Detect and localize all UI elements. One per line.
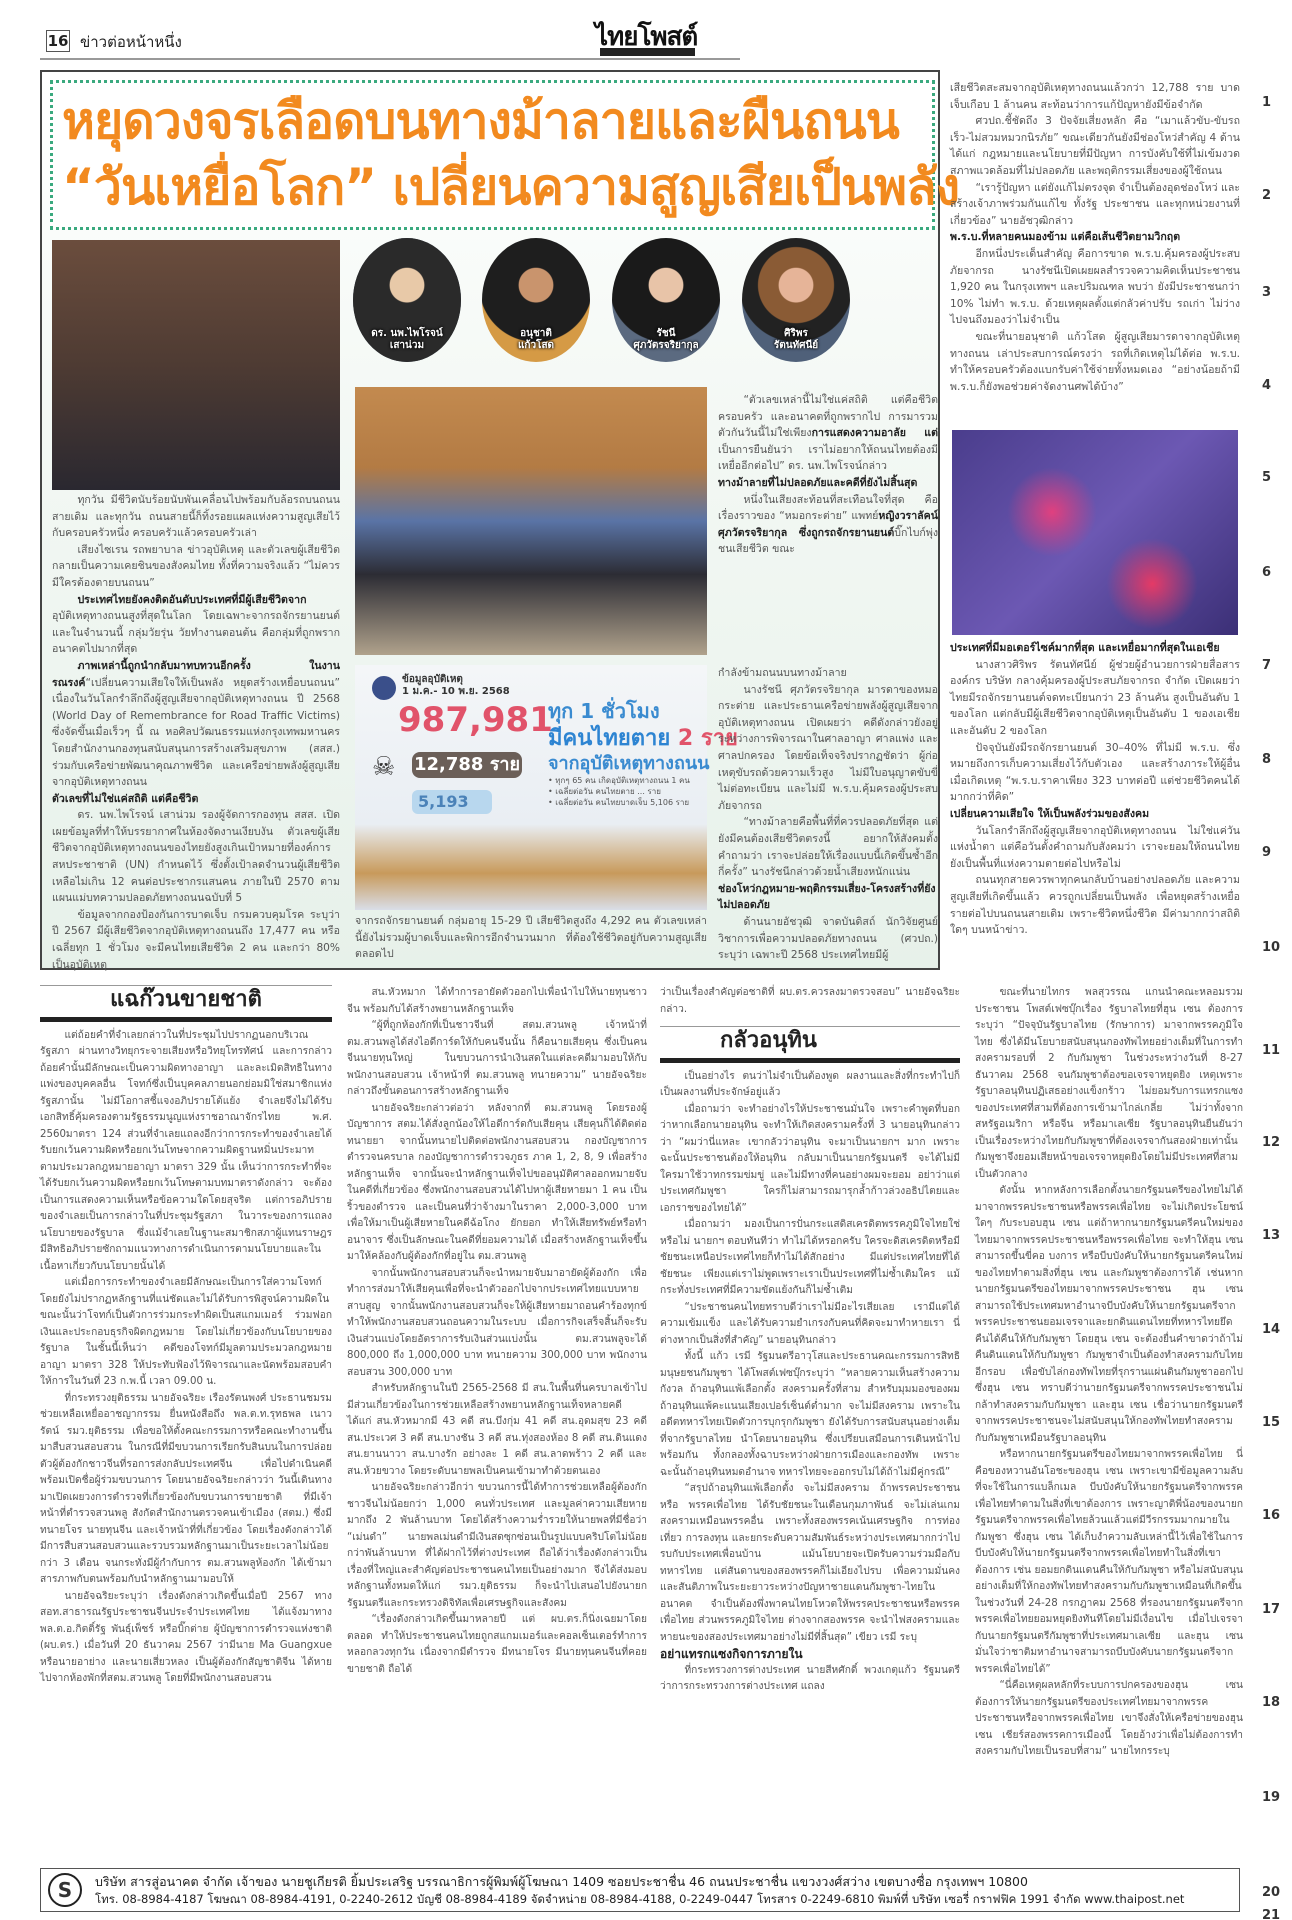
line-number: 20: [1262, 1885, 1280, 1900]
line-number: 18: [1262, 1695, 1280, 1710]
feature-column-b: จากรถจักรยานยนต์ กลุ่มอายุ 15-29 ปี เสีย…: [355, 913, 707, 963]
paragraph: นางสาวศิริพร รัตนทัศนีย์ ผู้ช่วยผู้อำนวย…: [950, 657, 1240, 740]
paragraph: เสียชีวิตสะสมจากอุบัติเหตุทางถนนแล้วกว่า…: [950, 80, 1240, 113]
line-number: 4: [1262, 378, 1271, 393]
paragraph: นายอัจฉริยะระบุว่า เรื่องดังกล่าวเกิดขึ้…: [40, 1589, 332, 1688]
line-number: 16: [1262, 1508, 1280, 1523]
paragraph: “ทางม้าลายคือพื้นที่ที่ควรปลอดภัยที่สุด …: [718, 814, 938, 880]
subheading: ช่องโหว่กฎหมาย-พฤติกรรมเสี่ยง-โครงสร้างท…: [718, 881, 938, 914]
line-number: 17: [1262, 1602, 1280, 1617]
paragraph: กำลังข้ามถนนบนทางม้าลาย: [718, 665, 938, 682]
line-number: 11: [1262, 1043, 1280, 1058]
feature-column-a: ทุกวัน มีชีวิตนับร้อยนับพันเคลื่อนไปพร้อ…: [52, 492, 340, 973]
paragraph: ข้อมูลจากกองป้องกันการบาดเจ็บ กรมควบคุมโ…: [52, 907, 340, 973]
paragraph: “เรารู้ปัญหา แต่ยังแก้ไม่ตรงจุด จำเป็นต้…: [950, 180, 1240, 230]
line-number: 12: [1262, 1135, 1280, 1150]
infographic-deaths: 12,788 ราย: [412, 752, 522, 778]
paragraph: ขณะที่นายอนุชาติ แก้วโสด ผู้สูญเสียมารดา…: [950, 329, 1240, 395]
line-number: 5: [1262, 470, 1271, 485]
infographic-source: ข้อมูลอุบัติเหตุ 1 ม.ค.- 10 พ.ย. 2568: [402, 674, 510, 698]
infographic-headline-3: จากอุบัติเหตุทางถนน: [548, 748, 709, 777]
paragraph: อีกหนึ่งประเด็นสำคัญ คือการขาด พ.ร.บ.คุ้…: [950, 246, 1240, 329]
feature-column-c: “ตัวเลขเหล่านี้ไม่ใช่แค่สถิติ แต่คือชีวิ…: [718, 392, 938, 558]
paragraph: ดร. นพ.ไพโรจน์ เสาน่วม รองผู้จัดการกองทุ…: [52, 807, 340, 907]
paragraph: เมื่อถามว่า จะทำอย่างไรให้ประชาชนมั่นใจ …: [660, 1102, 960, 1218]
line-number: 9: [1262, 845, 1271, 860]
article-col-4: ขณะที่นายไทกร พลสุวรรณ แกนนำคณะหลอมรวมปร…: [975, 985, 1243, 1761]
line-number: 15: [1262, 1415, 1280, 1430]
paragraph: นางรัชนี ศุภวัตรจริยากุล มารดาของหมอกระต…: [718, 682, 938, 815]
paragraph: “เรื่องดังกล่าวเกิดขึ้นมาหลายปี แต่ ผบ.ต…: [347, 1612, 647, 1678]
paragraph: ภาพเหล่านี้ถูกนำกลับมาทบทวนอีกครั้ง ในงา…: [52, 658, 340, 791]
rule: [40, 1017, 332, 1022]
paragraph: ที่กระทรวงยุติธรรม นายอัจฉริยะ เรืองรัตน…: [40, 1391, 332, 1589]
portrait-3: รัชนีศุภวัตรจริยากุล: [612, 238, 720, 362]
paragraph: แต่ถ้อยคำที่จำเลยกล่าวในที่ประชุมไปปรากฏ…: [40, 1028, 332, 1276]
portrait-1: ดร. นพ.ไพโรจน์เสาน่วม: [353, 238, 461, 362]
paragraph: เมื่อถามว่า มองเป็นการปั่นกระแสดิสเครดิต…: [660, 1217, 960, 1300]
section-name: ข่าวต่อหน้าหนึ่ง: [80, 30, 182, 54]
paragraph: แต่เมื่อการกระทำของจำเลยมีลักษณะเป็นการใ…: [40, 1275, 332, 1391]
line-number: 21: [1262, 1908, 1280, 1920]
photo-group-wheelchairs: [355, 387, 707, 655]
subheading: ประเทศที่มีมอเตอร์ไซค์มากที่สุด และเหยื่…: [950, 640, 1240, 657]
infographic-bullets: • ทุกๆ 65 คน เกิดอุบัติเหตุทางถนน 1 คน •…: [548, 775, 690, 808]
paragraph: “ตัวเลขเหล่านี้ไม่ใช่แค่สถิติ แต่คือชีวิ…: [718, 392, 938, 475]
paragraph: ด้านนายอัชวุฒิ จาดบันดิสถ์ นักวิจัยศูนย์…: [718, 914, 938, 964]
paragraph: ศวปถ.ชี้ชัดถึง 3 ปัจจัยเสี่ยงหลัก คือ “เ…: [950, 113, 1240, 179]
line-number: 13: [1262, 1228, 1280, 1243]
paragraph: ดังนั้น หากหลังการเลือกตั้งนายกรัฐมนตรีข…: [975, 1183, 1243, 1447]
article-heading-2: กลัวอนุทิน: [660, 1033, 960, 1050]
headline-line-1: หยุดวงจรเลือดบนทางม้าลายและผืนถนน: [62, 88, 932, 154]
portrait-4: ศิริพรรัตนทัศนีย์: [742, 238, 850, 362]
line-number: 10: [1262, 940, 1280, 955]
article-heading-1: แฉก๊วนขายชาติ: [40, 992, 332, 1009]
line-number: 19: [1262, 1790, 1280, 1805]
paragraph: “ผู้ที่ถูกห้องกักที่เป็นชาวจีนที่ สตม.สว…: [347, 1018, 647, 1101]
feature-column-d2: ประเทศที่มีมอเตอร์ไซค์มากที่สุด และเหยื่…: [950, 640, 1240, 939]
paragraph: “ประชาชนคนไทยทราบดีว่าเราไม่มีอะไรเสียเล…: [660, 1300, 960, 1350]
paragraph: เสียงไซเรน รถพยาบาล ข่าวอุบัติเหตุ และตั…: [52, 542, 340, 592]
subheading: พ.ร.บ.ที่หลายคนมองข้าม แต่คือเส้นชีวิตยา…: [950, 229, 1240, 246]
paragraph: สำหรับหลักฐานในปี 2565-2568 มี สน.ในพื้น…: [347, 1381, 647, 1480]
footer-line-1: บริษัท สารสู่อนาคต จำกัด เจ้าของ นายชูเก…: [95, 1872, 1028, 1892]
paragraph: “นี่คือเหตุผลหลักที่ระบบการปกครองของฮุน …: [975, 1678, 1243, 1761]
headline-line-2: “วันเหยื่อโลก” เปลี่ยนความสูญเสียเป็นพลั…: [62, 154, 932, 220]
line-number: 1: [1262, 95, 1271, 110]
photo-candle-ceremony: [52, 240, 340, 490]
paragraph: ทั้งนี้ แก้ว เรมี รัฐมนตรีอาวุโสและประธา…: [660, 1349, 960, 1481]
feature-headline: หยุดวงจรเลือดบนทางม้าลายและผืนถนน “วันเห…: [62, 88, 932, 220]
paragraph: เป็นอย่างไร ตนว่าไม่จำเป็นต้องพูด ผลงานแ…: [660, 1069, 960, 1102]
rtdc-logo-icon: [372, 676, 396, 700]
infographic-injured: 5,193: [412, 790, 492, 814]
paragraph: ถนนทุกสายควรพาทุกคนกลับบ้านอย่างปลอดภัย …: [950, 872, 1240, 938]
paragraph: ประเทศไทยยังคงติดอันดับประเทศที่มีผู้เสี…: [52, 592, 340, 658]
publisher-logo-icon: S: [48, 1873, 82, 1907]
article-col-2: สน.หัวหมาก ได้ทำการอายัดตัวออกไปเพื่อนำไ…: [347, 985, 647, 1678]
line-number: 14: [1262, 1322, 1280, 1337]
paragraph: ขณะที่นายไทกร พลสุวรรณ แกนนำคณะหลอมรวมปร…: [975, 985, 1243, 1183]
line-number: 3: [1262, 285, 1271, 300]
article-col-3: ว่าเป็นเรื่องสำคัญต่อชาติที่ ผบ.ตร.ควรลง…: [660, 985, 960, 1696]
line-number: 7: [1262, 658, 1271, 673]
paragraph: หรือหากนายกรัฐมนตรีของไทยมาจากพรรคเพื่อไ…: [975, 1447, 1243, 1678]
line-number: 2: [1262, 188, 1271, 203]
footer-line-2: โทร. 08-8984-4187 โฆษณา 08-8984-4191, 0-…: [95, 1891, 1184, 1909]
paragraph: “สรุปถ้าอนุทินแพ้เลือกตั้ง จะไม่มีสงคราม…: [660, 1481, 960, 1646]
skull-icon: ☠: [372, 752, 395, 782]
subheading: เปลี่ยนความเสียใจ ให้เป็นพลังร่วมของสังค…: [950, 806, 1240, 823]
feature-column-c2: กำลังข้ามถนนบนทางม้าลายนางรัชนี ศุภวัตรจ…: [718, 665, 938, 964]
paragraph: นายอัจฉริยะกล่าวอีกว่า ขบวนการนี้ได้ทำกา…: [347, 1480, 647, 1612]
paragraph: ปัจจุบันยังมีรถจักรยานยนต์ 30–40% ที่ไม่…: [950, 740, 1240, 806]
subheading: ตัวเลขที่ไม่ใช่แค่สถิติ แต่คือชีวิต: [52, 791, 340, 808]
line-number: 8: [1262, 752, 1271, 767]
masthead-tagline-bar: [600, 48, 695, 56]
paragraph: วันโลกรำลึกถึงผู้สูญเสียจากอุบัติเหตุทาง…: [950, 823, 1240, 873]
rule: [40, 985, 332, 986]
paragraph: สน.หัวหมาก ได้ทำการอายัดตัวออกไปเพื่อนำไ…: [347, 985, 647, 1018]
feature-column-d: เสียชีวิตสะสมจากอุบัติเหตุทางถนนแล้วกว่า…: [950, 80, 1240, 395]
article-col-1: แฉก๊วนขายชาติ แต่ถ้อยคำที่จำเลยกล่าวในที…: [40, 985, 332, 1688]
line-number: 6: [1262, 565, 1271, 580]
paragraph: หนึ่งในเสียงสะท้อนที่สะเทือนใจที่สุด คือ…: [718, 492, 938, 558]
photo-crime-scene-outline: [952, 430, 1238, 635]
infographic-total: 987,981: [398, 700, 553, 740]
subheading: ทางม้าลายที่ไม่ปลอดภัยและคดีที่ยังไม่สิ้…: [718, 475, 938, 492]
portrait-2: อนุชาติแก้วโสด: [482, 238, 590, 362]
header-rule: [40, 58, 740, 60]
rule: [660, 1026, 960, 1027]
paragraph: นายอัจฉริยะกล่าวต่อว่า หลังจากที่ ตม.สวน…: [347, 1101, 647, 1266]
paragraph: ทุกวัน มีชีวิตนับร้อยนับพันเคลื่อนไปพร้อ…: [52, 492, 340, 542]
paragraph: จากนั้นพนักงานสอบสวนก็จะนำหมายจับมาอายัด…: [347, 1266, 647, 1382]
rule: [660, 1058, 960, 1063]
page-number: 16: [46, 30, 70, 52]
